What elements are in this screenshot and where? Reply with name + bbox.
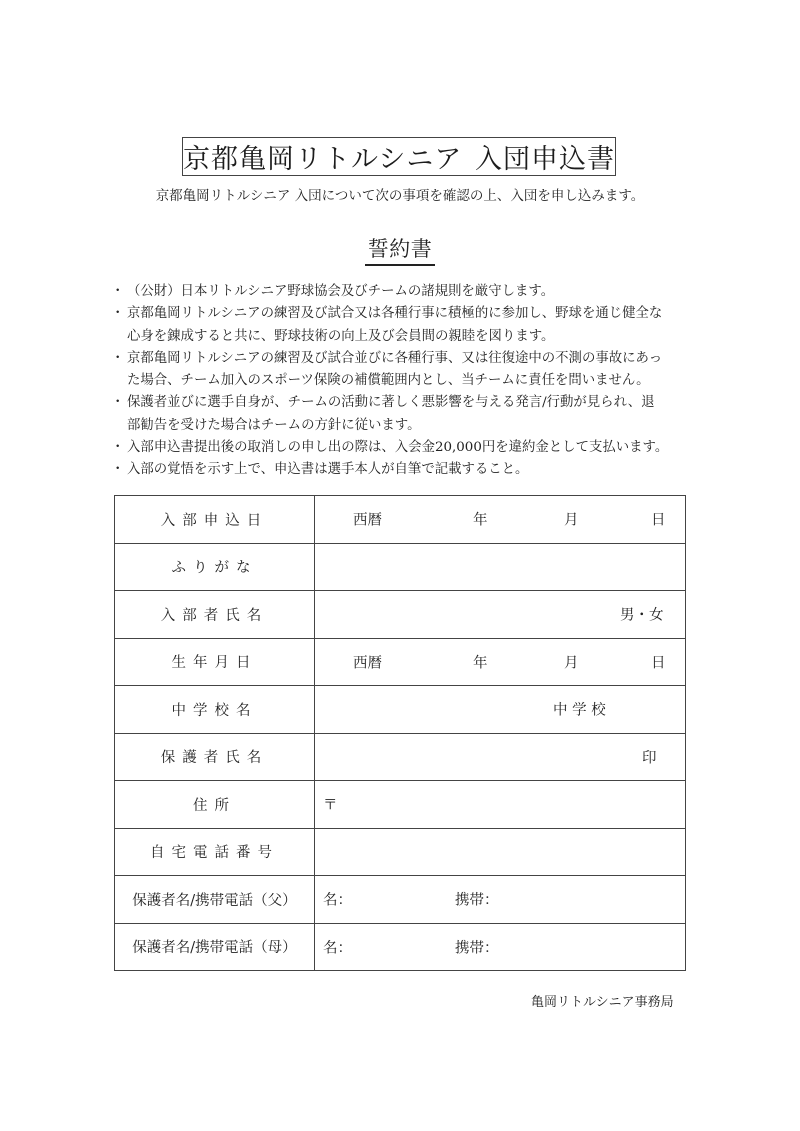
- pledge-list: （公財）日本リトルシニア野球協会及びチームの諸規則を厳守します。 京都亀岡リトル…: [116, 281, 696, 482]
- field-applicant-name[interactable]: 男・女: [315, 591, 686, 639]
- title-team-name: 京都亀岡リトルシニア: [183, 137, 462, 176]
- label-application-date: 入部申込日: [115, 496, 315, 544]
- row-middle-school: 中学校名 中 学 校: [115, 686, 686, 734]
- pledge-item: 保護者並びに選手自身が、チームの活動に著しく悪影響を与える発言/行動が見られ、退…: [116, 392, 696, 437]
- application-form-table: 入部申込日 西暦 年 月 日 ふりがな 入部者氏名 男・女 生年月日 西暦 年 …: [114, 495, 686, 971]
- label-furigana: ふりがな: [115, 543, 315, 591]
- label-father-contact: 保護者名/携帯電話（父）: [115, 876, 315, 924]
- row-guardian-name: 保護者氏名 印: [115, 733, 686, 781]
- field-father-contact[interactable]: 名： 携帯：: [315, 876, 686, 924]
- postal-mark-icon: 〒: [323, 794, 338, 815]
- field-furigana[interactable]: [315, 543, 686, 591]
- field-mother-contact[interactable]: 名： 携帯：: [315, 923, 686, 971]
- row-furigana: ふりがな: [115, 543, 686, 591]
- pledge-item: 入部申込書提出後の取消しの申し出の際は、入会金20,000円を違約金として支払い…: [116, 437, 696, 459]
- intro-text: 京都亀岡リトルシニア 入団について次の事項を確認の上、入団を申し込みます。: [0, 184, 800, 204]
- document-title: 京都亀岡リトルシニア 入団申込書: [182, 137, 616, 176]
- row-application-date: 入部申込日 西暦 年 月 日: [115, 496, 686, 544]
- row-address: 住所 〒: [115, 781, 686, 829]
- row-home-phone: 自宅電話番号: [115, 828, 686, 876]
- pledge-item: 京都亀岡リトルシニアの練習及び試合又は各種行事に積極的に参加し、野球を通じ健全な…: [116, 303, 696, 348]
- seal-mark: 印: [642, 746, 657, 767]
- field-application-date[interactable]: 西暦 年 月 日: [315, 496, 686, 544]
- label-address: 住所: [115, 781, 315, 829]
- field-home-phone[interactable]: [315, 828, 686, 876]
- row-applicant-name: 入部者氏名 男・女: [115, 591, 686, 639]
- pledge-item: 入部の覚悟を示す上で、申込書は選手本人が自筆で記載すること。: [116, 459, 696, 481]
- label-guardian-name: 保護者氏名: [115, 733, 315, 781]
- field-guardian-name[interactable]: 印: [315, 733, 686, 781]
- field-address[interactable]: 〒: [315, 781, 686, 829]
- gender-choice[interactable]: 男・女: [620, 604, 664, 625]
- row-father-contact: 保護者名/携帯電話（父） 名： 携帯：: [115, 876, 686, 924]
- field-birthdate[interactable]: 西暦 年 月 日: [315, 638, 686, 686]
- row-birthdate: 生年月日 西暦 年 月 日: [115, 638, 686, 686]
- title-form-name: 入団申込書: [475, 137, 615, 176]
- label-applicant-name: 入部者氏名: [115, 591, 315, 639]
- pledge-heading: 誓約書: [365, 236, 435, 266]
- footer-office: 亀岡リトルシニア事務局: [531, 991, 674, 1010]
- row-mother-contact: 保護者名/携帯電話（母） 名： 携帯：: [115, 923, 686, 971]
- field-middle-school[interactable]: 中 学 校: [315, 686, 686, 734]
- label-mother-contact: 保護者名/携帯電話（母）: [115, 923, 315, 971]
- label-birthdate: 生年月日: [115, 638, 315, 686]
- pledge-item: 京都亀岡リトルシニアの練習及び試合並びに各種行事、又は往復途中の不測の事故にあっ…: [116, 348, 696, 393]
- label-middle-school: 中学校名: [115, 686, 315, 734]
- label-home-phone: 自宅電話番号: [115, 828, 315, 876]
- pledge-item: （公財）日本リトルシニア野球協会及びチームの諸規則を厳守します。: [116, 281, 696, 303]
